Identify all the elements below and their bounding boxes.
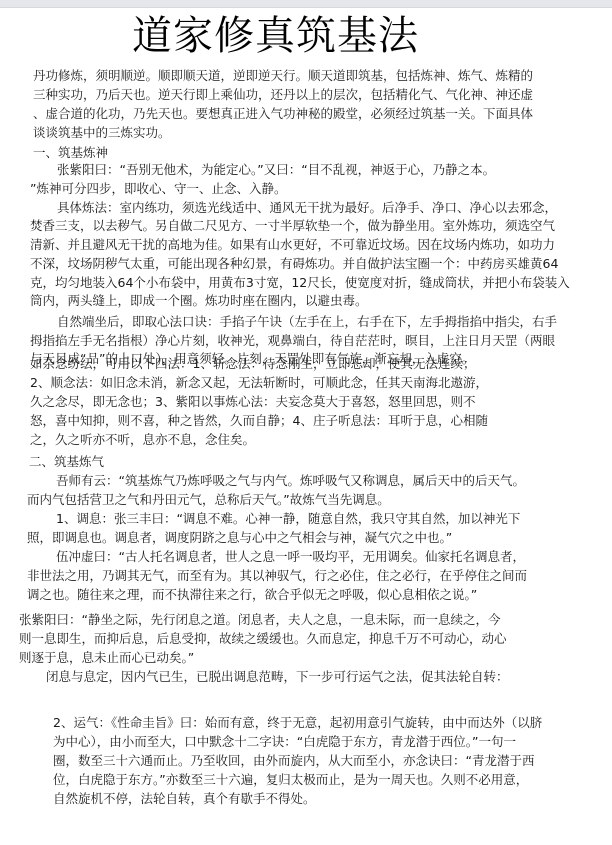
section2-line: 而内气包括营卫之气和丹田元气，总称后天气。”故炼气当先调息。 — [27, 490, 390, 509]
section1-line: 焚香三支，以去秽气。另自做二尺见方、一寸半厚软垫一个，做为静坐用。室外炼功，须选… — [30, 216, 555, 235]
intro-line: 三种实功，乃后天也。逆天行即上乘仙功，还丹以上的层次，包括精化气、气化神、神还虚 — [33, 85, 533, 104]
section2-line: 则逐于息，息未止而心已动矣。” — [19, 648, 194, 667]
section1-line: 自然端坐后，即取心法口诀：手掐子午诀（左手在上，右手在下，左手拇指掐中指尖，右手 — [57, 312, 557, 331]
section1-line: 拇指掐左手无名指根）净心片刻，收神光，观鼻端白，待自茫茫时，暝目，上注日月天罡（… — [30, 331, 555, 350]
section2-line: 吾师有云：“筑基炼气乃炼呼吸之气与内气。炼呼吸气又称调息，属后天中的后天气。 — [56, 471, 525, 490]
section2-line: 则一息即生，而抑后息，后息受抑，故续之缓缓也。久而息定，抑息千万不可动心，动心 — [19, 629, 507, 648]
section1-line: 张紫阳曰：“吾别无他术，为能定心。”又曰：“目不乱视，神返于心，乃静之本。 — [57, 160, 495, 179]
section2-line: 照，即调息也。调息者，调度阴跻之息与心中之气相会与神，凝气穴之中也。” — [27, 528, 452, 547]
section2-line: 闭息与息定，因内气已生，已脱出调息范畴，下一步可行运气之法，促其法轮自转： — [46, 667, 509, 686]
section2-line: 伍冲虚曰：“古人托名调息者，世人之息一呼一吸均平，无用调矣。仙家托名调息者， — [56, 547, 525, 566]
section1-line: 清新、并且避风无干扰的高地为佳。如果有山水更好，不可靠近坟场。因在坟场内炼功，如… — [30, 235, 555, 254]
document-title: 道家修真筑基法 — [132, 12, 419, 60]
section-heading-2: 二、筑基炼气 — [29, 452, 104, 471]
section2-line: 位，白虎隐于东方。”亦数至三十六遍，复归太极而止，是为一周天也。久则不必用意， — [53, 770, 528, 789]
section1-line: 不深，坟场阴秽气太重，可能出现各种幻景，有碍炼功。并自做护法宝圈一个：中药房买雄… — [30, 254, 558, 273]
section2-line: 为中心），由小而至大，口中默念十二字诀：“白虎隐于东方，青龙潜于西位。”一句一 — [53, 732, 516, 751]
section2-line: 调之也。随往来之理，而不执滞往来之行，欲合乎似无之呼吸，似心息相依之说。” — [27, 585, 477, 604]
intro-line: 丹功修炼，须明顺逆。顺即顺天道，逆即逆天行。顺天道即筑基，包括炼神、炼气、炼精的 — [33, 66, 533, 85]
section1-line: 如杂念纷纭，可用以下四法：1、斩念法：待念刚生，立即忘却，使其无法连续； — [30, 354, 475, 373]
section2-line: 非世法之用，乃调其无气，而至有为。其以神驭气，行之必住，住之必行，在乎停住之间而 — [27, 566, 527, 585]
intro-line: 、虚合道的化功，乃先天也。要想真正进入气功神秘的殿堂，必须经过筑基一关。下面具体 — [33, 104, 533, 123]
section2-line: 1、调息：张三丰曰：“调息不难。心神一静，随意自然，我只守其自然，加以神光下 — [56, 509, 520, 528]
window-top-bar — [0, 0, 612, 8]
section1-line: 具体炼法：室内练功，须选光线适中、通风无干扰为最好。后净手、净口、净心以去邪念， — [57, 198, 557, 217]
section1-line: 之，久之听亦不听，息亦不息，念住矣。 — [30, 430, 255, 449]
section1-line: 筒内，两头缝上，即成一个圈。炼功时座在圈内，以避虫毒。 — [30, 291, 368, 310]
section1-line: 2、顺念法：如旧念未消，新念又起，无法斩断时，可顺此念，任其天南海北遨游， — [30, 373, 488, 392]
section1-line: 久之念尽，即无念也；3、紫阳以事炼心法：夫妄念莫大于喜怒，怒里回思，则不 — [30, 392, 475, 411]
section2-line: 2、运气：《性命圭旨》曰：始而有意，终于无意，起初用意引气旋转，由中而达外（以脐 — [53, 713, 542, 732]
section2-line: 张紫阳曰：“静坐之际，先行闭息之道。闭息者，夫人之息，一息未际，而一息续之，今 — [19, 610, 500, 629]
section2-line: 自然旋机不停，法轮自转，真个有歇手不得处。 — [53, 789, 316, 808]
section1-line: ”炼神可分四步，即收心、守一、止念、入静。 — [30, 179, 286, 198]
intro-line: 谈谈筑基中的三炼实功。 — [33, 123, 171, 142]
section1-line: 怒，喜中知抑，则不喜，种之皆然，久而自静；4、庄子听息法：耳听于息，心相随 — [30, 411, 488, 430]
section2-line: 圈，数至三十六通而止。乃至收回，由外而旋内，从大而至小，亦念诀曰：“青龙潜于西 — [53, 751, 534, 770]
section1-line: 克，均匀地装入64个小布袋中，用黄布3寸宽，12尺长，使宽度对折，缝成筒状，并把… — [30, 273, 570, 292]
